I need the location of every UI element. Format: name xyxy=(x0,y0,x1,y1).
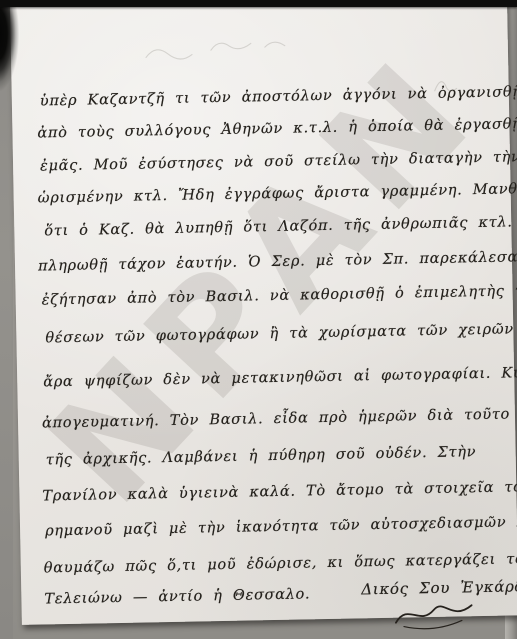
scanned-letter-page: ΝΡΑΝ ὑπὲρ Καζαντζῆ τι τῶν ἀποστόλων ἀγγό… xyxy=(0,0,517,639)
handwritten-line: ρημανοῦ μαζὶ μὲ τὴν ἱκανότητα τῶν αὐτοσχ… xyxy=(45,511,517,543)
handwritten-line: ἐζήτησαν ἀπὸ τὸν Βασιλ. νὰ καθορισθῇ ὁ ἐ… xyxy=(41,280,517,312)
handwritten-line: θαυμάζω πῶς ὅ,τι μοῦ ἐδώρισε, κι ὅπως κα… xyxy=(44,547,517,579)
handwritten-line: Τελειώνω — ἀντίο ἡ Θεσσαλο. xyxy=(44,583,310,610)
letter-paper: ΝΡΑΝ ὑπὲρ Καζαντζῆ τι τῶν ἀποστόλων ἀγγό… xyxy=(10,0,517,625)
handwritten-line: ὅτι ὁ Καζ. θὰ λυπηθῇ ὅτι Λαζόπ. τῆς ἀνθρ… xyxy=(44,211,517,243)
signature-closing: Δικός Σου Ἐγκάρδιε xyxy=(361,575,517,600)
scan-top-border xyxy=(0,0,517,7)
scan-corner-shadow xyxy=(0,0,32,136)
signature-flourish xyxy=(394,599,479,631)
faint-pencil-marks xyxy=(141,32,322,69)
handwritten-line: πληρωθῇ τάχον ἑαυτήν. Ὁ Σερ. μὲ τὸν Σπ. … xyxy=(38,246,517,277)
